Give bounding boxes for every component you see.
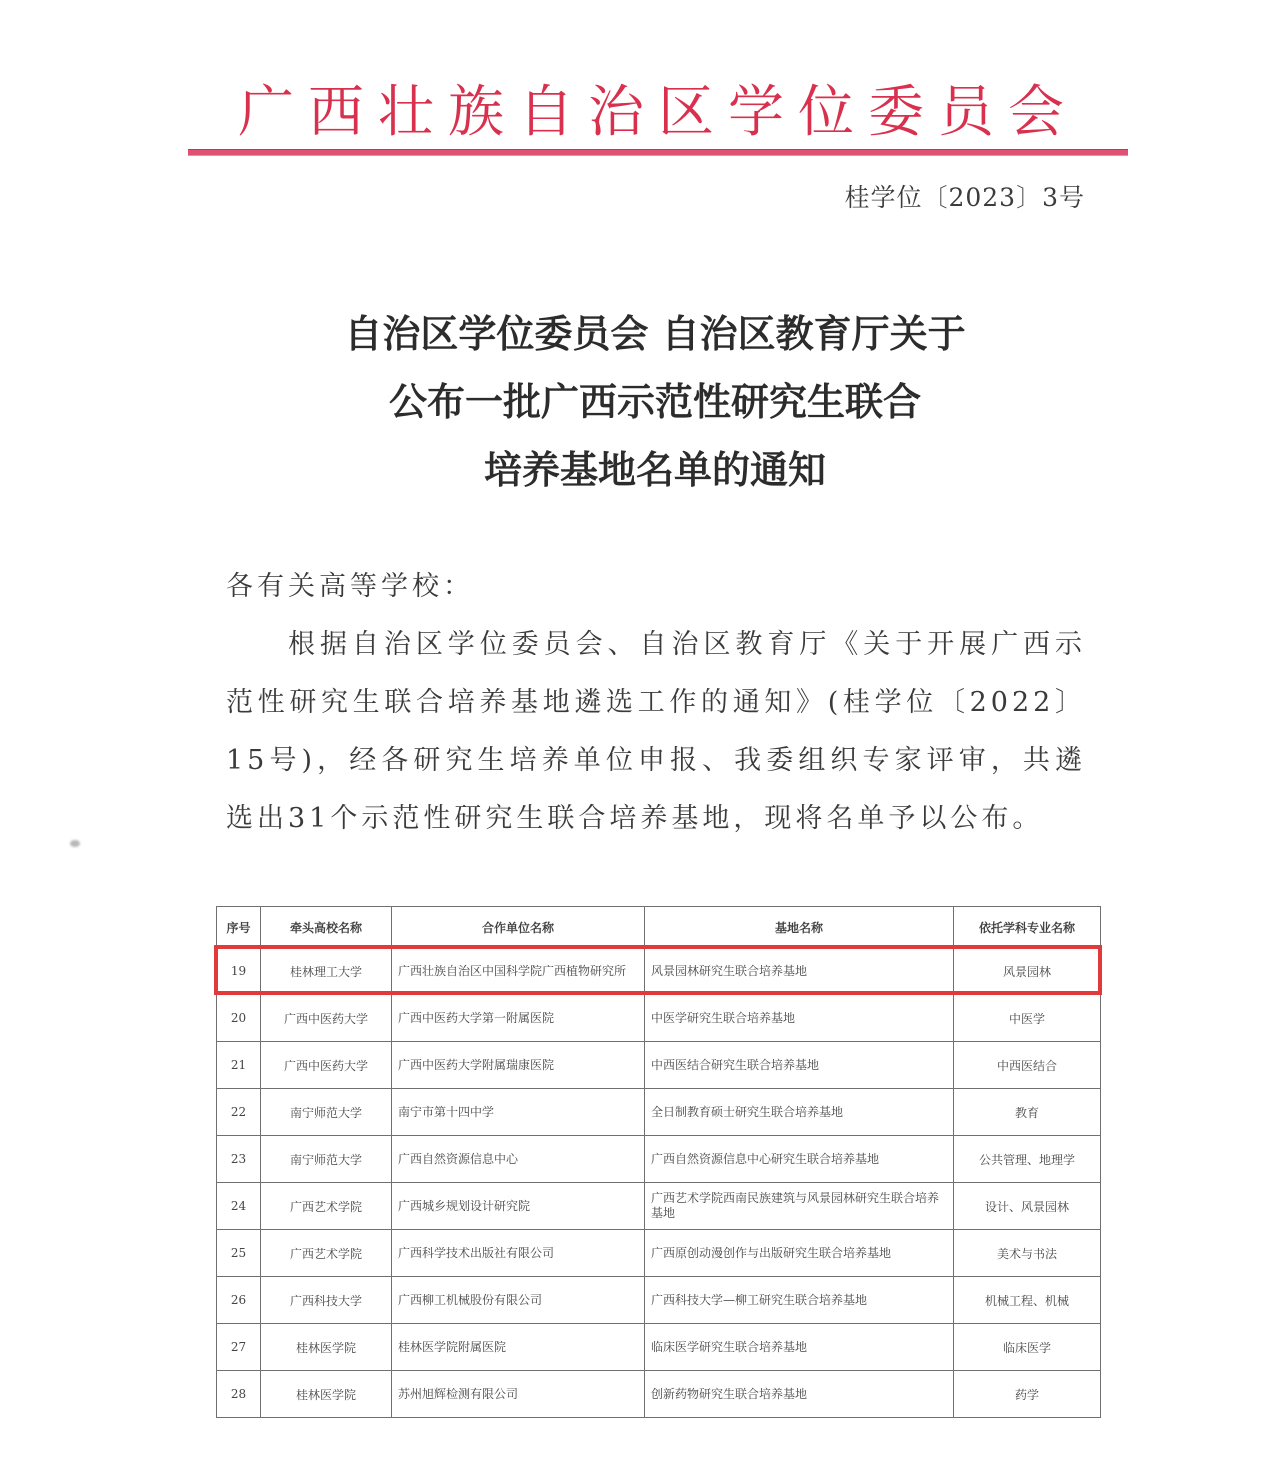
table-row: 23 南宁师范大学 广西自然资源信息中心 广西自然资源信息中心研究生联合培养基地… [217,1136,1101,1183]
cell-lead-university: 桂林理工大学 [261,948,392,995]
header-subject: 依托学科专业名称 [954,907,1101,948]
cell-partner-unit: 苏州旭辉检测有限公司 [392,1371,645,1418]
cell-partner-unit: 广西中医药大学第一附属医院 [392,995,645,1042]
header-lead-university: 牵头高校名称 [261,907,392,948]
cell-subject: 临床医学 [954,1324,1101,1371]
table-header-row: 序号 牵头高校名称 合作单位名称 基地名称 依托学科专业名称 [217,907,1101,948]
title-line-2: 公布一批广西示范性研究生联合 [200,368,1110,436]
cell-partner-unit: 广西中医药大学附属瑞康医院 [392,1042,645,1089]
body-paragraph: 根据自治区学位委员会、自治区教育厅《关于开展广西示范性研究生联合培养基地遴选工作… [226,616,1086,848]
cell-subject: 药学 [954,1371,1101,1418]
cell-partner-unit: 广西自然资源信息中心 [392,1136,645,1183]
cell-lead-university: 桂林医学院 [261,1371,392,1418]
cell-number: 21 [217,1042,261,1089]
cell-lead-university: 广西艺术学院 [261,1183,392,1230]
cell-number: 27 [217,1324,261,1371]
salutation: 各有关高等学校： [226,558,1086,616]
scan-speck [70,840,80,847]
cell-lead-university: 南宁师范大学 [261,1089,392,1136]
cell-partner-unit: 南宁市第十四中学 [392,1089,645,1136]
cell-subject: 中西医结合 [954,1042,1101,1089]
cell-partner-unit: 桂林医学院附属医院 [392,1324,645,1371]
cell-subject: 公共管理、地理学 [954,1136,1101,1183]
cell-number: 20 [217,995,261,1042]
table-row: 26 广西科技大学 广西柳工机械股份有限公司 广西科技大学—柳工研究生联合培养基… [217,1277,1101,1324]
letterhead-red-rule [188,149,1128,156]
cell-number: 19 [217,948,261,995]
table-row: 22 南宁师范大学 南宁市第十四中学 全日制教育硕士研究生联合培养基地 教育 [217,1089,1101,1136]
cell-base-name: 广西艺术学院西南民族建筑与风景园林研究生联合培养基地 [645,1183,954,1230]
cell-number: 26 [217,1277,261,1324]
cell-lead-university: 广西中医药大学 [261,995,392,1042]
bases-table-container: 序号 牵头高校名称 合作单位名称 基地名称 依托学科专业名称 19 桂林理工大学… [216,906,1100,1418]
table-row: 25 广西艺术学院 广西科学技术出版社有限公司 广西原创动漫创作与出版研究生联合… [217,1230,1101,1277]
cell-partner-unit: 广西壮族自治区中国科学院广西植物研究所 [392,948,645,995]
document-number: 桂学位〔2023〕3号 [844,178,1085,214]
title-line-3: 培养基地名单的通知 [200,436,1110,504]
cell-base-name: 全日制教育硕士研究生联合培养基地 [645,1089,954,1136]
table-row: 21 广西中医药大学 广西中医药大学附属瑞康医院 中西医结合研究生联合培养基地 … [217,1042,1101,1089]
document-body: 各有关高等学校： 根据自治区学位委员会、自治区教育厅《关于开展广西示范性研究生联… [226,558,1086,848]
cell-base-name: 广西自然资源信息中心研究生联合培养基地 [645,1136,954,1183]
cell-partner-unit: 广西柳工机械股份有限公司 [392,1277,645,1324]
table-row: 27 桂林医学院 桂林医学院附属医院 临床医学研究生联合培养基地 临床医学 [217,1324,1101,1371]
cell-subject: 设计、风景园林 [954,1183,1101,1230]
header-number: 序号 [217,907,261,948]
cell-number: 22 [217,1089,261,1136]
document-title: 自治区学位委员会 自治区教育厅关于 公布一批广西示范性研究生联合 培养基地名单的… [200,300,1110,504]
cell-subject: 美术与书法 [954,1230,1101,1277]
table-row: 24 广西艺术学院 广西城乡规划设计研究院 广西艺术学院西南民族建筑与风景园林研… [217,1183,1101,1230]
table-row: 28 桂林医学院 苏州旭辉检测有限公司 创新药物研究生联合培养基地 药学 [217,1371,1101,1418]
cell-base-name: 临床医学研究生联合培养基地 [645,1324,954,1371]
cell-lead-university: 广西科技大学 [261,1277,392,1324]
cell-base-name: 中医学研究生联合培养基地 [645,995,954,1042]
header-base-name: 基地名称 [645,907,954,948]
cell-number: 24 [217,1183,261,1230]
table-row: 19 桂林理工大学 广西壮族自治区中国科学院广西植物研究所 风景园林研究生联合培… [217,948,1101,995]
header-partner-unit: 合作单位名称 [392,907,645,948]
cell-lead-university: 广西中医药大学 [261,1042,392,1089]
cell-lead-university: 广西艺术学院 [261,1230,392,1277]
cell-number: 25 [217,1230,261,1277]
cell-number: 28 [217,1371,261,1418]
cell-subject: 风景园林 [954,948,1101,995]
cell-partner-unit: 广西科学技术出版社有限公司 [392,1230,645,1277]
cell-subject: 中医学 [954,995,1101,1042]
cell-base-name: 广西原创动漫创作与出版研究生联合培养基地 [645,1230,954,1277]
table-row: 20 广西中医药大学 广西中医药大学第一附属医院 中医学研究生联合培养基地 中医… [217,995,1101,1042]
cell-partner-unit: 广西城乡规划设计研究院 [392,1183,645,1230]
cell-base-name: 风景园林研究生联合培养基地 [645,948,954,995]
bases-table: 序号 牵头高校名称 合作单位名称 基地名称 依托学科专业名称 19 桂林理工大学… [216,906,1101,1418]
issuer-letterhead: 广西壮族自治区学位委员会 [188,78,1128,148]
cell-base-name: 中西医结合研究生联合培养基地 [645,1042,954,1089]
cell-subject: 机械工程、机械 [954,1277,1101,1324]
title-line-1: 自治区学位委员会 自治区教育厅关于 [200,300,1110,368]
cell-base-name: 广西科技大学—柳工研究生联合培养基地 [645,1277,954,1324]
cell-number: 23 [217,1136,261,1183]
cell-lead-university: 南宁师范大学 [261,1136,392,1183]
cell-subject: 教育 [954,1089,1101,1136]
cell-base-name: 创新药物研究生联合培养基地 [645,1371,954,1418]
cell-lead-university: 桂林医学院 [261,1324,392,1371]
